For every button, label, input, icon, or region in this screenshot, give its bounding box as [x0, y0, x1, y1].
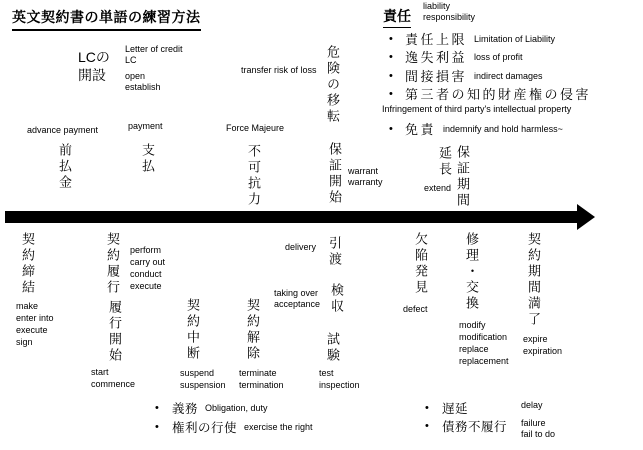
term-extend-jp: 延長: [436, 146, 453, 178]
liability-panel-note: Infringement of third party's intellectu…: [382, 104, 571, 115]
liability-item-jp: 逸失利益: [405, 47, 467, 66]
list-item-en: delay: [521, 400, 543, 411]
term-contract-termination-jp: 契約解除: [244, 298, 261, 362]
obligation-list-item: • 権利の行使 exercise the right: [155, 418, 313, 436]
list-item-jp: 義務: [172, 399, 198, 417]
term-payment-label: payment: [128, 121, 163, 132]
liability-item: • 間接損害 indirect damages: [389, 66, 543, 85]
liability-item-en: indemnify and hold harmless~: [443, 124, 563, 134]
term-contract-suspension-label: suspend suspension: [180, 367, 226, 391]
page-title: 英文契約書の単語の練習方法: [12, 7, 201, 31]
delay-list-item: • 遅延 delay: [425, 399, 585, 417]
liability-panel-heading-en: liability responsibility: [423, 1, 475, 22]
liability-item-en: loss of profit: [474, 52, 523, 62]
term-acceptance-label: taking over acceptance: [274, 288, 320, 309]
term-payment-jp: 支払: [139, 143, 156, 175]
term-repair-replace-label: modify modification replace replacement: [459, 319, 509, 367]
list-item-jp: 遅延: [442, 399, 468, 417]
liability-item-jp: 免責: [405, 119, 436, 138]
list-item-en: failure fail to do: [521, 418, 555, 439]
timeline-arrow-head-icon: [577, 204, 595, 230]
term-contract-conclusion-jp: 契約締結: [19, 232, 36, 296]
obligation-list-item: • 義務 Obligation, duty: [155, 399, 268, 417]
list-item-en: exercise the right: [244, 422, 313, 432]
term-lc-opening-jp: LCの 開設: [78, 48, 110, 84]
term-contract-termination-label: terminate termination: [239, 367, 284, 391]
term-force-majeure-label: Force Majeure: [226, 123, 284, 134]
term-force-majeure-jp: 不可抗力: [245, 144, 262, 208]
term-lc-opening-label-top: Letter of credit LC: [125, 44, 183, 65]
term-contract-expiry-label: expire expiration: [523, 333, 562, 357]
term-delivery-label: delivery: [285, 242, 316, 253]
term-warranty-period-jp: 保証期間: [454, 145, 471, 209]
liability-item: • 第三者の知的財産権の侵害: [389, 84, 591, 103]
term-contract-suspension-jp: 契約中断: [184, 298, 201, 362]
liability-item-jp: 第三者の知的財産権の侵害: [405, 84, 591, 103]
term-delivery-jp: 引渡: [326, 236, 343, 268]
list-item-jp: 権利の行使: [172, 418, 237, 436]
liability-item-en: Limitation of Liability: [474, 34, 555, 44]
liability-item-jp: 間接損害: [405, 66, 467, 85]
term-test-label: test inspection: [319, 367, 360, 391]
term-lc-opening-label-bottom: open establish: [125, 71, 161, 92]
liability-item: • 責任上限 Limitation of Liability: [389, 29, 555, 48]
term-acceptance-jp: 検収: [328, 283, 345, 315]
term-contract-performance-jp: 契約履行: [104, 232, 121, 296]
bullet-icon: •: [155, 402, 165, 414]
liability-item: • 免責 indemnify and hold harmless~: [389, 119, 563, 138]
term-defect-found-label: defect: [403, 304, 428, 315]
term-advance-payment-jp: 前払金: [56, 143, 73, 191]
term-repair-replace-jp: 修理・交換: [463, 232, 480, 312]
timeline-arrow-shaft: [5, 211, 577, 223]
term-warranty-start-jp: 保証開始: [326, 142, 343, 206]
bullet-icon: •: [389, 88, 398, 100]
term-advance-payment-label: advance payment: [27, 125, 98, 136]
delay-list-item: • 債務不履行 failure fail to do: [425, 417, 585, 435]
liability-panel-heading: 責任: [383, 6, 411, 28]
bullet-icon: •: [389, 51, 398, 63]
term-performance-start-jp: 履行開始: [106, 300, 123, 364]
term-performance-start-label: start commence: [91, 366, 135, 390]
term-warranty-start-label: warrant warranty: [348, 166, 383, 187]
bullet-icon: •: [389, 70, 398, 82]
term-contract-expiry-jp: 契約期間満了: [525, 232, 542, 328]
term-extend-label: extend: [424, 183, 451, 194]
term-defect-found-jp: 欠陥発見: [412, 232, 429, 296]
slide-canvas: 英文契約書の単語の練習方法 LCの 開設 Letter of credit LC…: [0, 0, 643, 450]
bullet-icon: •: [389, 123, 398, 135]
term-contract-conclusion-label: make enter into execute sign: [16, 300, 54, 348]
liability-item: • 逸失利益 loss of profit: [389, 47, 523, 66]
list-item-en: Obligation, duty: [205, 403, 268, 413]
term-contract-performance-label: perform carry out conduct execute: [130, 244, 165, 292]
list-item-jp: 債務不履行: [442, 417, 507, 435]
term-risk-transfer-jp: 危険の移転: [324, 45, 341, 125]
term-test-jp: 試験: [324, 332, 341, 364]
liability-item-jp: 責任上限: [405, 29, 467, 48]
bullet-icon: •: [155, 421, 165, 433]
liability-item-en: indirect damages: [474, 71, 543, 81]
bullet-icon: •: [425, 420, 435, 432]
bullet-icon: •: [389, 33, 398, 45]
term-risk-transfer-label: transfer risk of loss: [241, 65, 317, 76]
bullet-icon: •: [425, 402, 435, 414]
